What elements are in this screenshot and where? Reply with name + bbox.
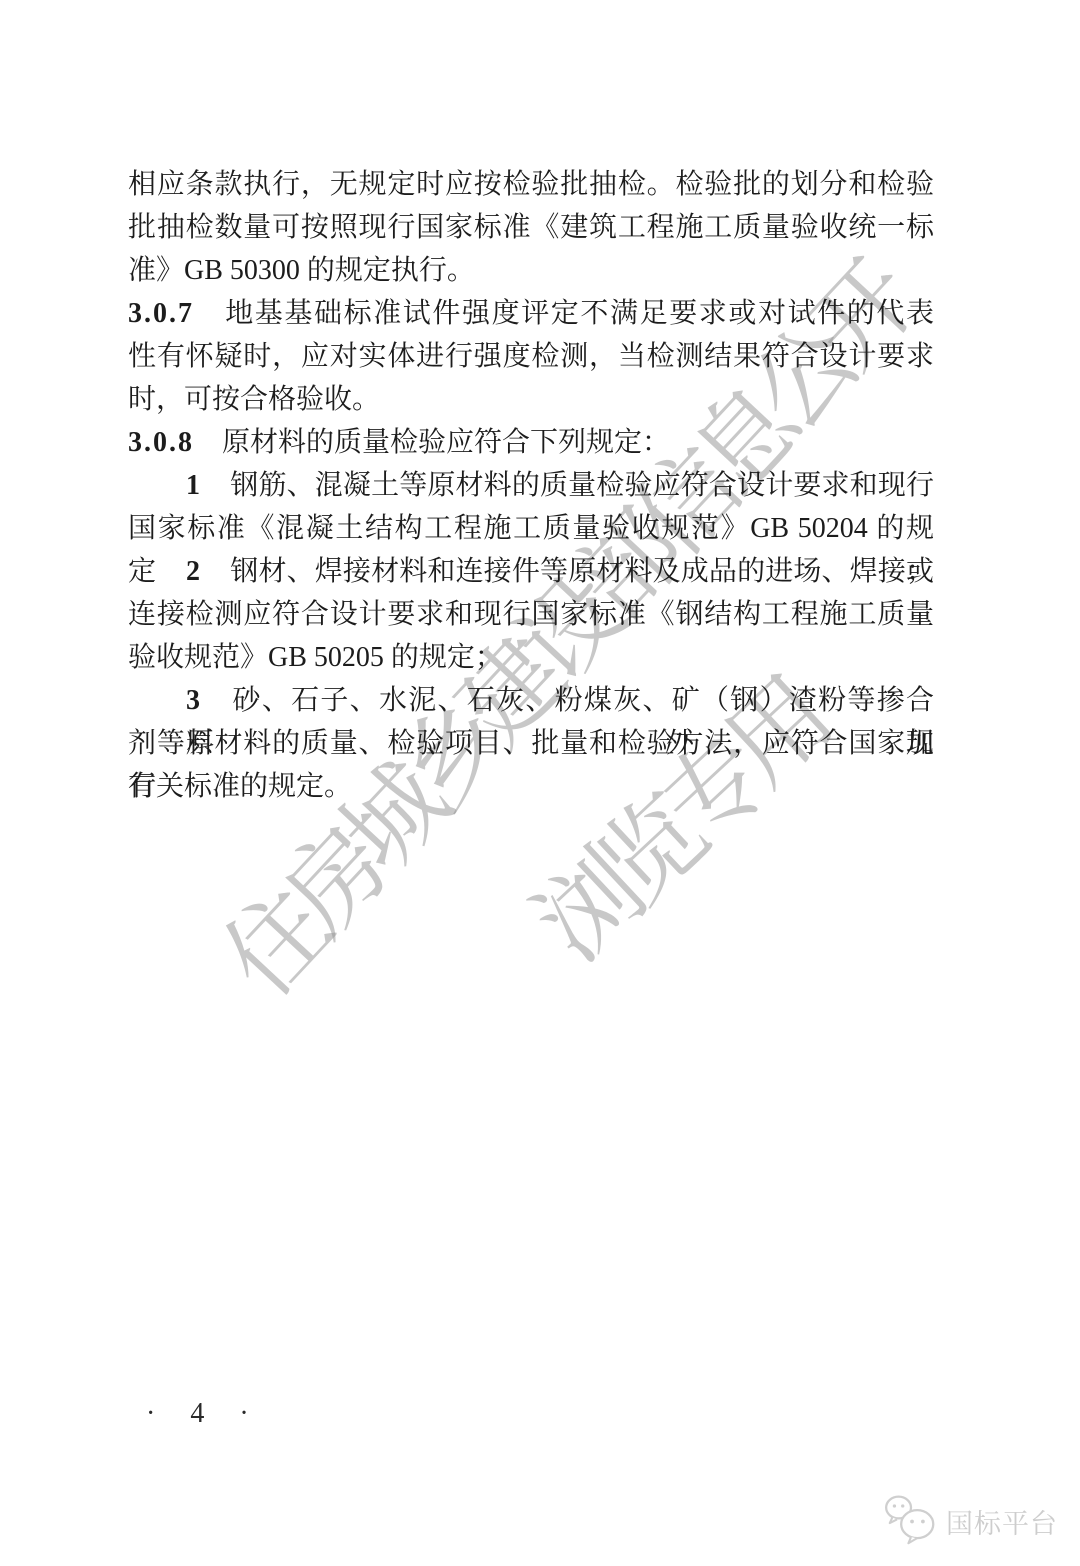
text-line: 有关标准的规定。 bbox=[128, 765, 934, 808]
clause-text: 钢材、焊接材料和连接件等原材料及成品的进场、焊接或 bbox=[202, 556, 934, 587]
clause-number: 3.0.7 bbox=[128, 298, 194, 329]
text-line: 3.0.7 地基基础标准试件强度评定不满足要求或对试件的代表 bbox=[128, 292, 934, 335]
clause-number: 3.0.8 bbox=[128, 427, 194, 458]
clause-number: 2 bbox=[186, 556, 202, 587]
document-body: 相应条款执行，无规定时应按检验批抽检。检验批的划分和检验批抽检数量可按照现行国家… bbox=[128, 163, 934, 808]
text-line: 时，可按合格验收。 bbox=[128, 378, 934, 421]
clause-text: 验收规范》GB 50205 的规定； bbox=[128, 642, 503, 673]
text-line: 性有怀疑时，应对实体进行强度检测，当检测结果符合设计要求 bbox=[128, 335, 934, 378]
text-line: 2 钢材、焊接材料和连接件等原材料及成品的进场、焊接或 bbox=[128, 550, 934, 593]
text-line: 3.0.8 原材料的质量检验应符合下列规定： bbox=[128, 421, 934, 464]
text-line: 批抽检数量可按照现行国家标准《建筑工程施工质量验收统一标 bbox=[128, 206, 934, 249]
clause-text: 性有怀疑时，应对实体进行强度检测，当检测结果符合设计要求 bbox=[128, 341, 934, 372]
text-line: 1 钢筋、混凝土等原材料的质量检验应符合设计要求和现行 bbox=[128, 464, 934, 507]
clause-text: 地基基础标准试件强度评定不满足要求或对试件的代表 bbox=[194, 298, 934, 329]
clause-text: 连接检测应符合设计要求和现行国家标准《钢结构工程施工质量 bbox=[128, 599, 934, 630]
clause-text: 原材料的质量检验应符合下列规定： bbox=[194, 427, 670, 458]
text-line: 连接检测应符合设计要求和现行国家标准《钢结构工程施工质量 bbox=[128, 593, 934, 636]
clause-text: 钢筋、混凝土等原材料的质量检验应符合设计要求和现行 bbox=[202, 470, 934, 501]
document-page: 住房城乡建设部信息公开 浏览专用 相应条款执行，无规定时应按检验批抽检。检验批的… bbox=[0, 0, 1080, 1566]
text-line: 国家标准《混凝土结构工程施工质量验收规范》GB 50204 的规定； bbox=[128, 507, 934, 550]
wechat-icon bbox=[882, 1492, 940, 1555]
clause-number: 3 bbox=[186, 685, 202, 716]
page-number: · 4 · bbox=[146, 1398, 263, 1430]
text-line: 准》GB 50300 的规定执行。 bbox=[128, 249, 934, 292]
text-line: 验收规范》GB 50205 的规定； bbox=[128, 636, 934, 679]
clause-text: 批抽检数量可按照现行国家标准《建筑工程施工质量验收统一标 bbox=[128, 212, 934, 243]
platform-logo: 国标平台 bbox=[882, 1492, 1058, 1555]
clause-text: 时，可按合格验收。 bbox=[128, 384, 380, 415]
platform-name: 国标平台 bbox=[946, 1495, 1058, 1553]
clause-text: 有关标准的规定。 bbox=[128, 771, 352, 802]
text-line: 相应条款执行，无规定时应按检验批抽检。检验批的划分和检验 bbox=[128, 163, 934, 206]
text-line: 3 砂、石子、水泥、石灰、粉煤灰、矿（钢）渣粉等掺合料、外加 bbox=[128, 679, 934, 722]
clause-text: 准》GB 50300 的规定执行。 bbox=[128, 255, 475, 286]
clause-number: 1 bbox=[186, 470, 202, 501]
text-line: 剂等原材料的质量、检验项目、批量和检验方法，应符合国家现行 bbox=[128, 722, 934, 765]
clause-text: 相应条款执行，无规定时应按检验批抽检。检验批的划分和检验 bbox=[128, 169, 934, 200]
